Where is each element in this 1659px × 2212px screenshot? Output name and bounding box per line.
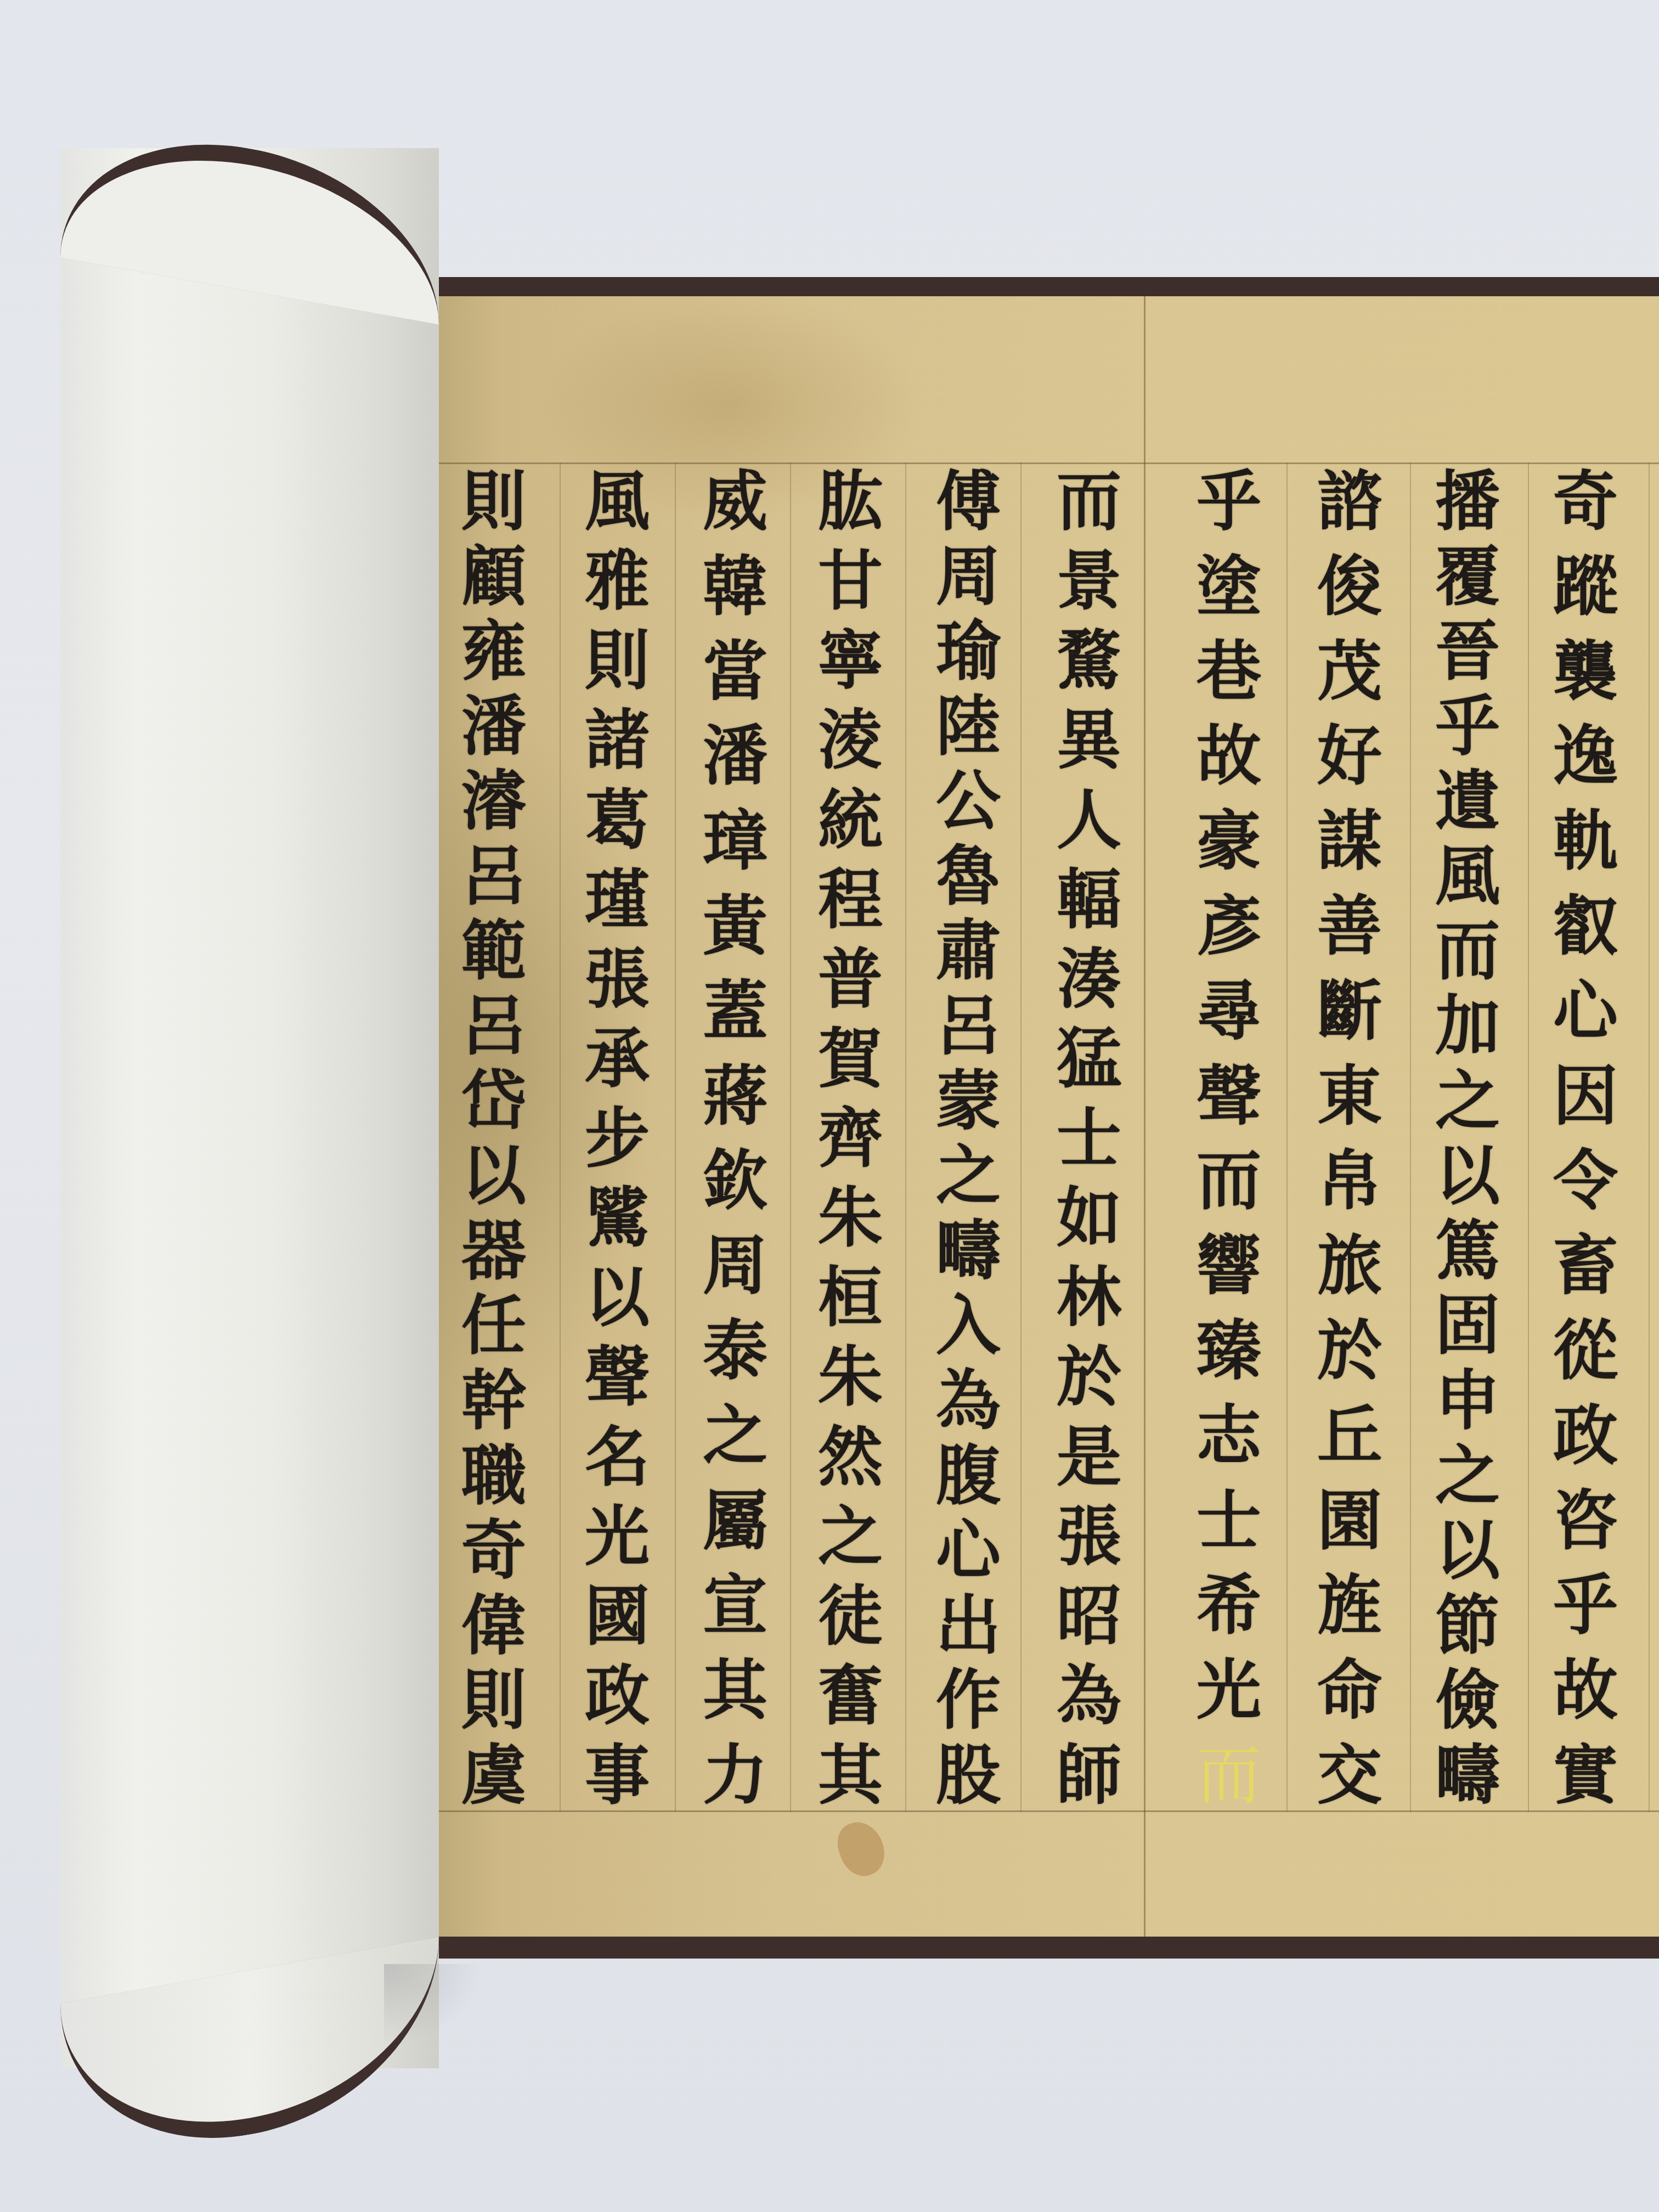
text-column-9: 風 雅 則 諸 葛 瑾 張 承 步 騭 以 聲 名 光 國 政 事 bbox=[562, 469, 672, 1808]
character: 篤 bbox=[1435, 1218, 1500, 1283]
character: 因 bbox=[1553, 1064, 1618, 1128]
character: 入 bbox=[936, 1293, 1001, 1358]
character: 從 bbox=[1553, 1318, 1618, 1383]
character: 淩 bbox=[818, 708, 883, 772]
character: 範 bbox=[461, 918, 526, 983]
faded-correction-character: 而 bbox=[1197, 1743, 1261, 1808]
character: 雅 bbox=[585, 549, 650, 613]
character: 風 bbox=[585, 469, 650, 534]
character: 潘 bbox=[703, 724, 768, 788]
character: 呂 bbox=[461, 994, 526, 1058]
text-column-8: 威 韓 當 潘 璋 黃 蓋 蔣 欽 周 泰 之 屬 宣 其 力 bbox=[680, 469, 790, 1808]
character: 周 bbox=[703, 1233, 768, 1298]
character: 事 bbox=[585, 1743, 650, 1808]
scroll-roller[interactable] bbox=[60, 115, 439, 2101]
character: 屬 bbox=[703, 1488, 768, 1553]
character: 叡 bbox=[1553, 894, 1618, 958]
character: 如 bbox=[1057, 1186, 1121, 1250]
character: 之 bbox=[1435, 1069, 1500, 1133]
character: 士 bbox=[1057, 1106, 1121, 1171]
column-rule bbox=[1410, 462, 1411, 1812]
character: 謀 bbox=[1317, 809, 1382, 873]
character: 士 bbox=[1197, 1488, 1261, 1553]
text-column-7: 肱 甘 寧 淩 統 程 普 賀 齊 朱 桓 朱 然 之 徒 奮 其 bbox=[795, 469, 905, 1808]
character: 徒 bbox=[818, 1584, 883, 1649]
character: 虞 bbox=[461, 1743, 526, 1808]
character: 朱 bbox=[818, 1345, 883, 1409]
character: 程 bbox=[818, 867, 883, 932]
character: 股 bbox=[936, 1743, 1001, 1808]
character: 是 bbox=[1057, 1425, 1121, 1489]
character: 豪 bbox=[1197, 809, 1261, 873]
column-rule bbox=[675, 462, 676, 1812]
character: 普 bbox=[818, 947, 883, 1012]
character: 幹 bbox=[461, 1368, 526, 1433]
character: 逸 bbox=[1553, 724, 1618, 788]
character: 儉 bbox=[1435, 1668, 1500, 1733]
character: 步 bbox=[585, 1106, 650, 1171]
character: 乎 bbox=[1197, 469, 1261, 534]
character: 心 bbox=[1553, 979, 1618, 1043]
character: 諮 bbox=[1317, 469, 1382, 534]
character: 威 bbox=[703, 469, 768, 534]
character: 斷 bbox=[1317, 979, 1382, 1043]
character: 巷 bbox=[1197, 639, 1261, 704]
character: 加 bbox=[1435, 994, 1500, 1058]
character: 奇 bbox=[1553, 469, 1618, 534]
character: 彥 bbox=[1197, 894, 1261, 958]
character: 實 bbox=[1553, 1743, 1618, 1808]
character: 襲 bbox=[1553, 639, 1618, 704]
character: 張 bbox=[1057, 1504, 1121, 1569]
character: 園 bbox=[1317, 1488, 1382, 1553]
character: 周 bbox=[936, 544, 1001, 609]
character: 以 bbox=[1435, 1143, 1500, 1208]
character: 覆 bbox=[1435, 544, 1500, 609]
character: 而 bbox=[1435, 918, 1500, 983]
character: 景 bbox=[1057, 549, 1121, 613]
character: 乎 bbox=[1553, 1573, 1618, 1638]
text-column-1: 奇 蹤 襲 逸 軌 叡 心 因 令 畜 從 政 咨 乎 故 實 bbox=[1531, 469, 1640, 1808]
character: 節 bbox=[1435, 1593, 1500, 1658]
character: 心 bbox=[936, 1518, 1001, 1583]
column-rule bbox=[790, 462, 791, 1812]
character: 然 bbox=[818, 1425, 883, 1489]
character: 為 bbox=[936, 1368, 1001, 1433]
character: 陸 bbox=[936, 694, 1001, 759]
character: 力 bbox=[703, 1743, 768, 1808]
character: 之 bbox=[818, 1504, 883, 1569]
character: 呂 bbox=[461, 844, 526, 909]
character: 軌 bbox=[1553, 809, 1618, 873]
character: 臻 bbox=[1197, 1318, 1261, 1383]
text-column-10: 則 顧 雍 潘 濬 呂 範 呂 岱 以 器 任 幹 職 奇 偉 則 虞 bbox=[439, 469, 549, 1808]
character: 之 bbox=[936, 1143, 1001, 1208]
character: 其 bbox=[703, 1658, 768, 1723]
character: 俊 bbox=[1317, 554, 1382, 619]
character: 蹤 bbox=[1553, 554, 1618, 619]
character: 尋 bbox=[1197, 979, 1261, 1043]
character: 而 bbox=[1197, 1148, 1261, 1213]
character: 葛 bbox=[585, 788, 650, 853]
character: 肱 bbox=[818, 469, 883, 534]
character: 瑾 bbox=[585, 867, 650, 932]
character: 於 bbox=[1317, 1318, 1382, 1383]
character: 響 bbox=[1197, 1233, 1261, 1298]
character: 器 bbox=[461, 1218, 526, 1283]
character: 則 bbox=[461, 1668, 526, 1733]
character: 政 bbox=[585, 1663, 650, 1728]
character: 職 bbox=[461, 1443, 526, 1508]
character: 承 bbox=[585, 1026, 650, 1091]
character: 騭 bbox=[585, 1186, 650, 1250]
character: 出 bbox=[936, 1593, 1001, 1658]
character: 統 bbox=[818, 788, 883, 853]
column-rule bbox=[1649, 462, 1650, 1812]
character: 桓 bbox=[818, 1265, 883, 1330]
character: 之 bbox=[703, 1403, 768, 1468]
character: 朱 bbox=[818, 1186, 883, 1250]
character: 疇 bbox=[1435, 1743, 1500, 1808]
character: 肅 bbox=[936, 918, 1001, 983]
character: 輻 bbox=[1057, 867, 1121, 932]
character: 昭 bbox=[1057, 1584, 1121, 1649]
character: 公 bbox=[936, 769, 1001, 833]
roller-shadow bbox=[384, 1964, 483, 2046]
character: 命 bbox=[1317, 1658, 1382, 1723]
character: 人 bbox=[1057, 788, 1121, 853]
character: 遺 bbox=[1435, 769, 1500, 833]
character: 任 bbox=[461, 1293, 526, 1358]
character: 作 bbox=[936, 1668, 1001, 1733]
text-column-5: 而 景 騖 異 人 輻 湊 猛 士 如 林 於 是 張 昭 為 師 bbox=[1034, 469, 1144, 1808]
character: 奮 bbox=[818, 1663, 883, 1728]
character: 猛 bbox=[1057, 1026, 1121, 1091]
paper-seam bbox=[1144, 296, 1145, 1937]
character: 呂 bbox=[936, 994, 1001, 1058]
character: 濬 bbox=[461, 769, 526, 833]
character: 顧 bbox=[461, 544, 526, 609]
character: 光 bbox=[585, 1504, 650, 1569]
character: 丘 bbox=[1317, 1403, 1382, 1468]
text-column-6: 傅 周 瑜 陸 公 魯 肅 呂 蒙 之 疇 入 為 腹 心 出 作 股 bbox=[913, 469, 1023, 1808]
text-column-3: 諮 俊 茂 好 謀 善 斷 東 帛 旅 於 丘 園 旌 命 交 bbox=[1295, 469, 1404, 1808]
text-column-2: 播 覆 晉 乎 遺 風 而 加 之 以 篤 固 申 之 以 節 儉 疇 bbox=[1413, 469, 1522, 1808]
character: 異 bbox=[1057, 708, 1121, 772]
character: 故 bbox=[1553, 1658, 1618, 1723]
column-rule bbox=[1286, 462, 1288, 1812]
character: 交 bbox=[1317, 1743, 1382, 1808]
character: 以 bbox=[585, 1265, 650, 1330]
character: 宣 bbox=[703, 1573, 768, 1638]
character: 湊 bbox=[1057, 947, 1121, 1012]
character: 東 bbox=[1317, 1064, 1382, 1128]
character: 甘 bbox=[818, 549, 883, 613]
character: 乎 bbox=[1435, 694, 1500, 759]
roller-body bbox=[60, 148, 439, 2068]
text-column-4: 乎 塗 巷 故 豪 彥 尋 聲 而 響 臻 志 士 希 光 而 bbox=[1174, 469, 1284, 1808]
character: 畜 bbox=[1553, 1233, 1618, 1298]
character: 聲 bbox=[1197, 1064, 1261, 1128]
character: 故 bbox=[1197, 724, 1261, 788]
character: 好 bbox=[1317, 724, 1382, 788]
character: 欽 bbox=[703, 1148, 768, 1213]
character: 寧 bbox=[818, 628, 883, 693]
character: 當 bbox=[703, 639, 768, 704]
character: 傅 bbox=[936, 469, 1001, 534]
character: 蓋 bbox=[703, 979, 768, 1043]
character: 政 bbox=[1553, 1403, 1618, 1468]
character: 張 bbox=[585, 947, 650, 1012]
character: 腹 bbox=[936, 1443, 1001, 1508]
character: 黃 bbox=[703, 894, 768, 958]
character: 聲 bbox=[585, 1345, 650, 1409]
character: 以 bbox=[1435, 1518, 1500, 1583]
character: 賀 bbox=[818, 1026, 883, 1091]
character: 蒙 bbox=[936, 1069, 1001, 1133]
column-rule bbox=[560, 462, 561, 1812]
character: 而 bbox=[1057, 469, 1121, 534]
character: 帛 bbox=[1317, 1148, 1382, 1213]
character: 奇 bbox=[461, 1518, 526, 1583]
column-rule bbox=[1528, 462, 1529, 1812]
character: 善 bbox=[1317, 894, 1382, 958]
character: 塗 bbox=[1197, 554, 1261, 619]
character: 光 bbox=[1197, 1658, 1261, 1723]
character: 為 bbox=[1057, 1663, 1121, 1728]
character: 旅 bbox=[1317, 1233, 1382, 1298]
character: 魯 bbox=[936, 844, 1001, 909]
character: 騖 bbox=[1057, 628, 1121, 693]
character: 岱 bbox=[461, 1069, 526, 1133]
character: 咨 bbox=[1553, 1488, 1618, 1553]
character: 以 bbox=[461, 1143, 526, 1208]
character: 令 bbox=[1553, 1148, 1618, 1213]
character: 則 bbox=[585, 628, 650, 693]
character: 林 bbox=[1057, 1265, 1121, 1330]
character: 之 bbox=[1435, 1443, 1500, 1508]
character: 瑜 bbox=[936, 619, 1001, 684]
character: 齊 bbox=[818, 1106, 883, 1171]
character: 偉 bbox=[461, 1593, 526, 1658]
character: 固 bbox=[1435, 1293, 1500, 1358]
character: 申 bbox=[1435, 1368, 1500, 1433]
column-rule bbox=[905, 462, 906, 1812]
character: 韓 bbox=[703, 554, 768, 619]
character: 則 bbox=[461, 469, 526, 534]
character: 疇 bbox=[936, 1218, 1001, 1283]
character: 名 bbox=[585, 1425, 650, 1489]
character: 希 bbox=[1197, 1573, 1261, 1638]
character: 茂 bbox=[1317, 639, 1382, 704]
character: 風 bbox=[1435, 844, 1500, 909]
character: 其 bbox=[818, 1743, 883, 1808]
character: 於 bbox=[1057, 1345, 1121, 1409]
character: 晉 bbox=[1435, 619, 1500, 684]
character: 潘 bbox=[461, 694, 526, 759]
character: 璋 bbox=[703, 809, 768, 873]
character: 志 bbox=[1197, 1403, 1261, 1468]
character: 旌 bbox=[1317, 1573, 1382, 1638]
character: 蔣 bbox=[703, 1064, 768, 1128]
character: 播 bbox=[1435, 469, 1500, 534]
character: 國 bbox=[585, 1584, 650, 1649]
character: 雍 bbox=[461, 619, 526, 684]
character: 泰 bbox=[703, 1318, 768, 1383]
character: 師 bbox=[1057, 1743, 1121, 1808]
character: 諸 bbox=[585, 708, 650, 772]
